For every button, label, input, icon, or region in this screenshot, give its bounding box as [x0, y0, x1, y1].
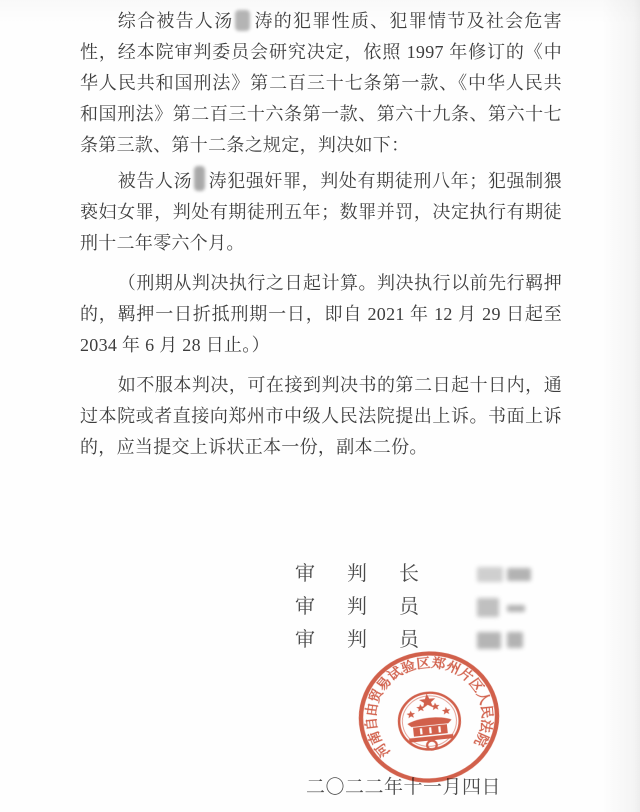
redacted-judge-name [473, 564, 535, 586]
signature-role-label: 审 判 员 [295, 591, 425, 624]
judgment-body: 综合被告人汤涛的犯罪性质、犯罪情节及社会危害性，经本院审判委员会研究决定，依照 … [80, 6, 562, 463]
national-emblem-icon [396, 690, 462, 753]
paragraph-sentencing-basis: 综合被告人汤涛的犯罪性质、犯罪情节及社会危害性，经本院审判委员会研究决定，依照 … [80, 6, 562, 161]
redacted-name-block [235, 10, 250, 31]
redacted-judge-name [473, 597, 535, 619]
paragraph-text: 被告人汤 [118, 171, 192, 191]
paragraph-text: 综合被告人汤 [118, 11, 234, 31]
signature-role-label: 审 判 长 [295, 558, 425, 591]
judgment-document-page: 综合被告人汤涛的犯罪性质、犯罪情节及社会危害性，经本院审判委员会研究决定，依照 … [0, 0, 640, 812]
court-seal: 河南自由贸易试验区郑州片区人民法院 [348, 641, 510, 794]
paragraph-text: （刑期从判决执行之日起计算。判决执行以前先行羁押的，羁押一日折抵刑期一日，即自 … [80, 273, 562, 355]
paragraph-text: 涛的犯罪性质、犯罪情节及社会危害性，经本院审判委员会研究决定，依照 1997 年… [80, 11, 562, 155]
signature-row-presiding-judge: 审 判 长 [295, 558, 535, 591]
paragraph-text: 如不服本判决，可在接到判决书的第二日起十日内，通过本院或者直接向郑州市中级人民法… [80, 375, 562, 457]
signature-row-judge-1: 审 判 员 [295, 591, 535, 624]
signature-block: 审 判 长 审 判 员 审 判 员 [295, 558, 535, 657]
redacted-name-block [194, 166, 205, 191]
paragraph-appeal-rights: 如不服本判决，可在接到判决书的第二日起十日内，通过本院或者直接向郑州市中级人民法… [80, 370, 562, 463]
paragraph-term-calculation: （刑期从判决执行之日起计算。判决执行以前先行羁押的，羁押一日折抵刑期一日，即自 … [80, 268, 562, 361]
paragraph-verdict: 被告人汤涛犯强奸罪，判处有期徒刑八年；犯强制猥亵妇女罪，判处有期徒刑五年；数罪并… [80, 166, 562, 259]
